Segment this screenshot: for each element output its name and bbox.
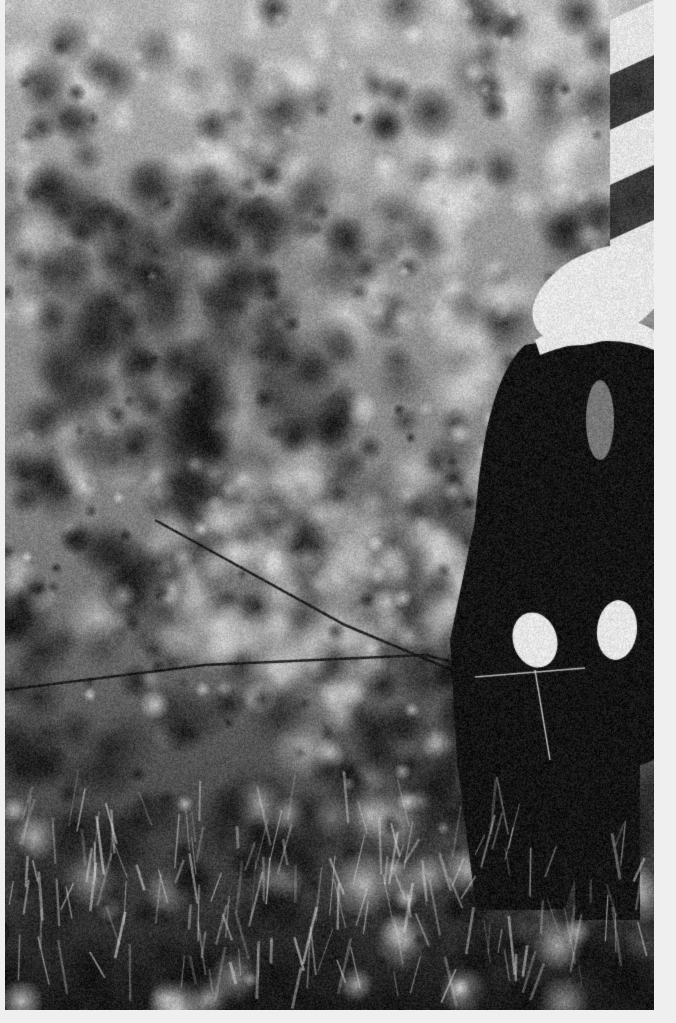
photo-canvas	[5, 0, 654, 1010]
photograph: Grainy black-and-white archival photogra…	[5, 0, 654, 1010]
